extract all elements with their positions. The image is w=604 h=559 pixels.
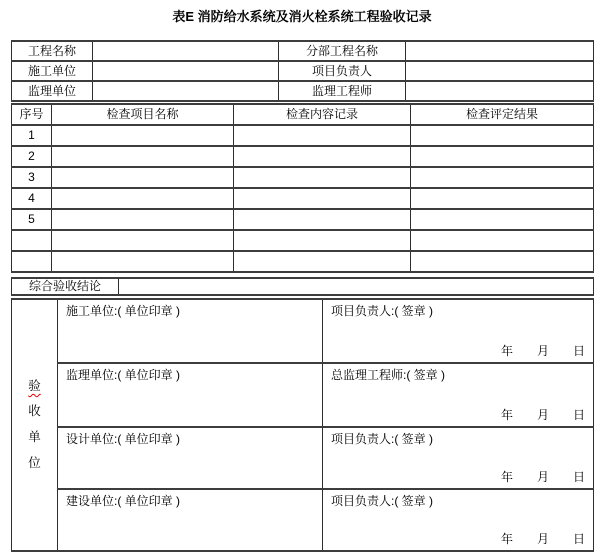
- col-header-serial: 序号: [12, 104, 52, 125]
- date-year-month-day: 年 月 日: [331, 532, 587, 547]
- result-cell[interactable]: [411, 209, 594, 230]
- table-row: 验 收 单 位 施工单位:( 单位印章 ) 项目负责人:( 签章 ) 年 月 日: [12, 299, 594, 363]
- chief-supervision-engineer-sign-cell[interactable]: 总监理工程师:( 签章 ) 年 月 日: [323, 363, 594, 427]
- inspection-table: 序号 检查项目名称 检查内容记录 检查评定结果 1 2 3 4: [11, 103, 594, 273]
- result-cell[interactable]: [411, 167, 594, 188]
- table-row: 工程名称 分部工程名称: [12, 41, 594, 61]
- item-name-cell[interactable]: [52, 167, 234, 188]
- design-project-leader-sign-label: 项目负责人:( 签章 ): [331, 432, 587, 447]
- construction-unit-field[interactable]: [93, 61, 279, 81]
- result-cell[interactable]: [411, 230, 594, 251]
- form-page: 表E 消防给水系统及消火栓系统工程验收记录 工程名称 分部工程名称 施工单位 项…: [0, 0, 604, 552]
- owner-unit-stamp-label: 建设单位:( 单位印章 ): [66, 494, 316, 509]
- result-cell[interactable]: [411, 188, 594, 209]
- table-row: 2: [12, 146, 594, 167]
- owner-unit-stamp-cell[interactable]: 建设单位:( 单位印章 ): [58, 489, 323, 551]
- construction-unit-label: 施工单位: [12, 61, 93, 81]
- acceptance-signature-table: 验 收 单 位 施工单位:( 单位印章 ) 项目负责人:( 签章 ) 年 月 日…: [11, 298, 594, 552]
- table-row: 1: [12, 125, 594, 146]
- table-row: 设计单位:( 单位印章 ) 项目负责人:( 签章 ) 年 月 日: [12, 427, 594, 489]
- conclusion-label: 综合验收结论: [12, 278, 119, 295]
- conclusion-field[interactable]: [119, 278, 594, 295]
- owner-project-leader-sign-label: 项目负责人:( 签章 ): [331, 494, 587, 509]
- item-name-cell[interactable]: [52, 251, 234, 272]
- conclusion-table: 综合验收结论: [11, 277, 594, 296]
- date-year-month-day: 年 月 日: [331, 344, 587, 359]
- content-record-cell[interactable]: [234, 167, 411, 188]
- serial-cell: 2: [12, 146, 52, 167]
- unit-label-char: 单: [28, 430, 41, 446]
- project-leader-sign-label: 项目负责人:( 签章 ): [331, 304, 587, 319]
- item-name-cell[interactable]: [52, 230, 234, 251]
- table-row: 监理单位:( 单位印章 ) 总监理工程师:( 签章 ) 年 月 日: [12, 363, 594, 427]
- acceptance-unit-vertical-label: 验 收 单 位: [12, 299, 58, 551]
- inspection-header-row: 序号 检查项目名称 检查内容记录 检查评定结果: [12, 104, 594, 125]
- table-row: [12, 251, 594, 272]
- supervision-unit-stamp-cell[interactable]: 监理单位:( 单位印章 ): [58, 363, 323, 427]
- design-unit-stamp-label: 设计单位:( 单位印章 ): [66, 432, 316, 447]
- project-leader-field[interactable]: [406, 61, 594, 81]
- supervision-unit-label: 监理单位: [12, 81, 93, 101]
- content-record-cell[interactable]: [234, 209, 411, 230]
- owner-project-leader-sign-cell[interactable]: 项目负责人:( 签章 ) 年 月 日: [323, 489, 594, 551]
- serial-cell: 4: [12, 188, 52, 209]
- table-row: 建设单位:( 单位印章 ) 项目负责人:( 签章 ) 年 月 日: [12, 489, 594, 551]
- serial-cell: [12, 230, 52, 251]
- result-cell[interactable]: [411, 251, 594, 272]
- chief-supervision-engineer-sign-label: 总监理工程师:( 签章 ): [331, 368, 587, 383]
- date-year-month-day: 年 月 日: [331, 408, 587, 423]
- table-row: 监理单位 监理工程师: [12, 81, 594, 101]
- table-row: 5: [12, 209, 594, 230]
- serial-cell: 5: [12, 209, 52, 230]
- col-header-content-record: 检查内容记录: [234, 104, 411, 125]
- item-name-cell[interactable]: [52, 146, 234, 167]
- project-name-label: 工程名称: [12, 41, 93, 61]
- construction-unit-stamp-label: 施工单位:( 单位印章 ): [66, 304, 316, 319]
- subproject-name-field[interactable]: [406, 41, 594, 61]
- serial-cell: [12, 251, 52, 272]
- item-name-cell[interactable]: [52, 125, 234, 146]
- serial-cell: 1: [12, 125, 52, 146]
- supervision-unit-field[interactable]: [93, 81, 279, 101]
- content-record-cell[interactable]: [234, 188, 411, 209]
- item-name-cell[interactable]: [52, 209, 234, 230]
- supervision-engineer-field[interactable]: [406, 81, 594, 101]
- col-header-item-name: 检查项目名称: [52, 104, 234, 125]
- design-unit-stamp-cell[interactable]: 设计单位:( 单位印章 ): [58, 427, 323, 489]
- result-cell[interactable]: [411, 146, 594, 167]
- result-cell[interactable]: [411, 125, 594, 146]
- content-record-cell[interactable]: [234, 146, 411, 167]
- table-row: 3: [12, 167, 594, 188]
- supervision-engineer-label: 监理工程师: [279, 81, 406, 101]
- item-name-cell[interactable]: [52, 188, 234, 209]
- table-row: [12, 230, 594, 251]
- unit-label-char: 收: [28, 404, 41, 420]
- design-project-leader-sign-cell[interactable]: 项目负责人:( 签章 ) 年 月 日: [323, 427, 594, 489]
- date-year-month-day: 年 月 日: [331, 470, 587, 485]
- content-record-cell[interactable]: [234, 230, 411, 251]
- project-leader-sign-cell[interactable]: 项目负责人:( 签章 ) 年 月 日: [323, 299, 594, 363]
- supervision-unit-stamp-label: 监理单位:( 单位印章 ): [66, 368, 316, 383]
- page-title: 表E 消防给水系统及消火栓系统工程验收记录: [11, 0, 593, 25]
- content-record-cell[interactable]: [234, 251, 411, 272]
- col-header-result: 检查评定结果: [411, 104, 594, 125]
- project-leader-label: 项目负责人: [279, 61, 406, 81]
- table-row: 4: [12, 188, 594, 209]
- content-record-cell[interactable]: [234, 125, 411, 146]
- unit-label-char: 验: [28, 379, 41, 395]
- table-row: 施工单位 项目负责人: [12, 61, 594, 81]
- project-info-table: 工程名称 分部工程名称 施工单位 项目负责人 监理单位 监理工程师: [11, 40, 594, 102]
- unit-label-char: 位: [28, 456, 41, 472]
- serial-cell: 3: [12, 167, 52, 188]
- subproject-name-label: 分部工程名称: [279, 41, 406, 61]
- project-name-field[interactable]: [93, 41, 279, 61]
- construction-unit-stamp-cell[interactable]: 施工单位:( 单位印章 ): [58, 299, 323, 363]
- table-row: 综合验收结论: [12, 278, 594, 295]
